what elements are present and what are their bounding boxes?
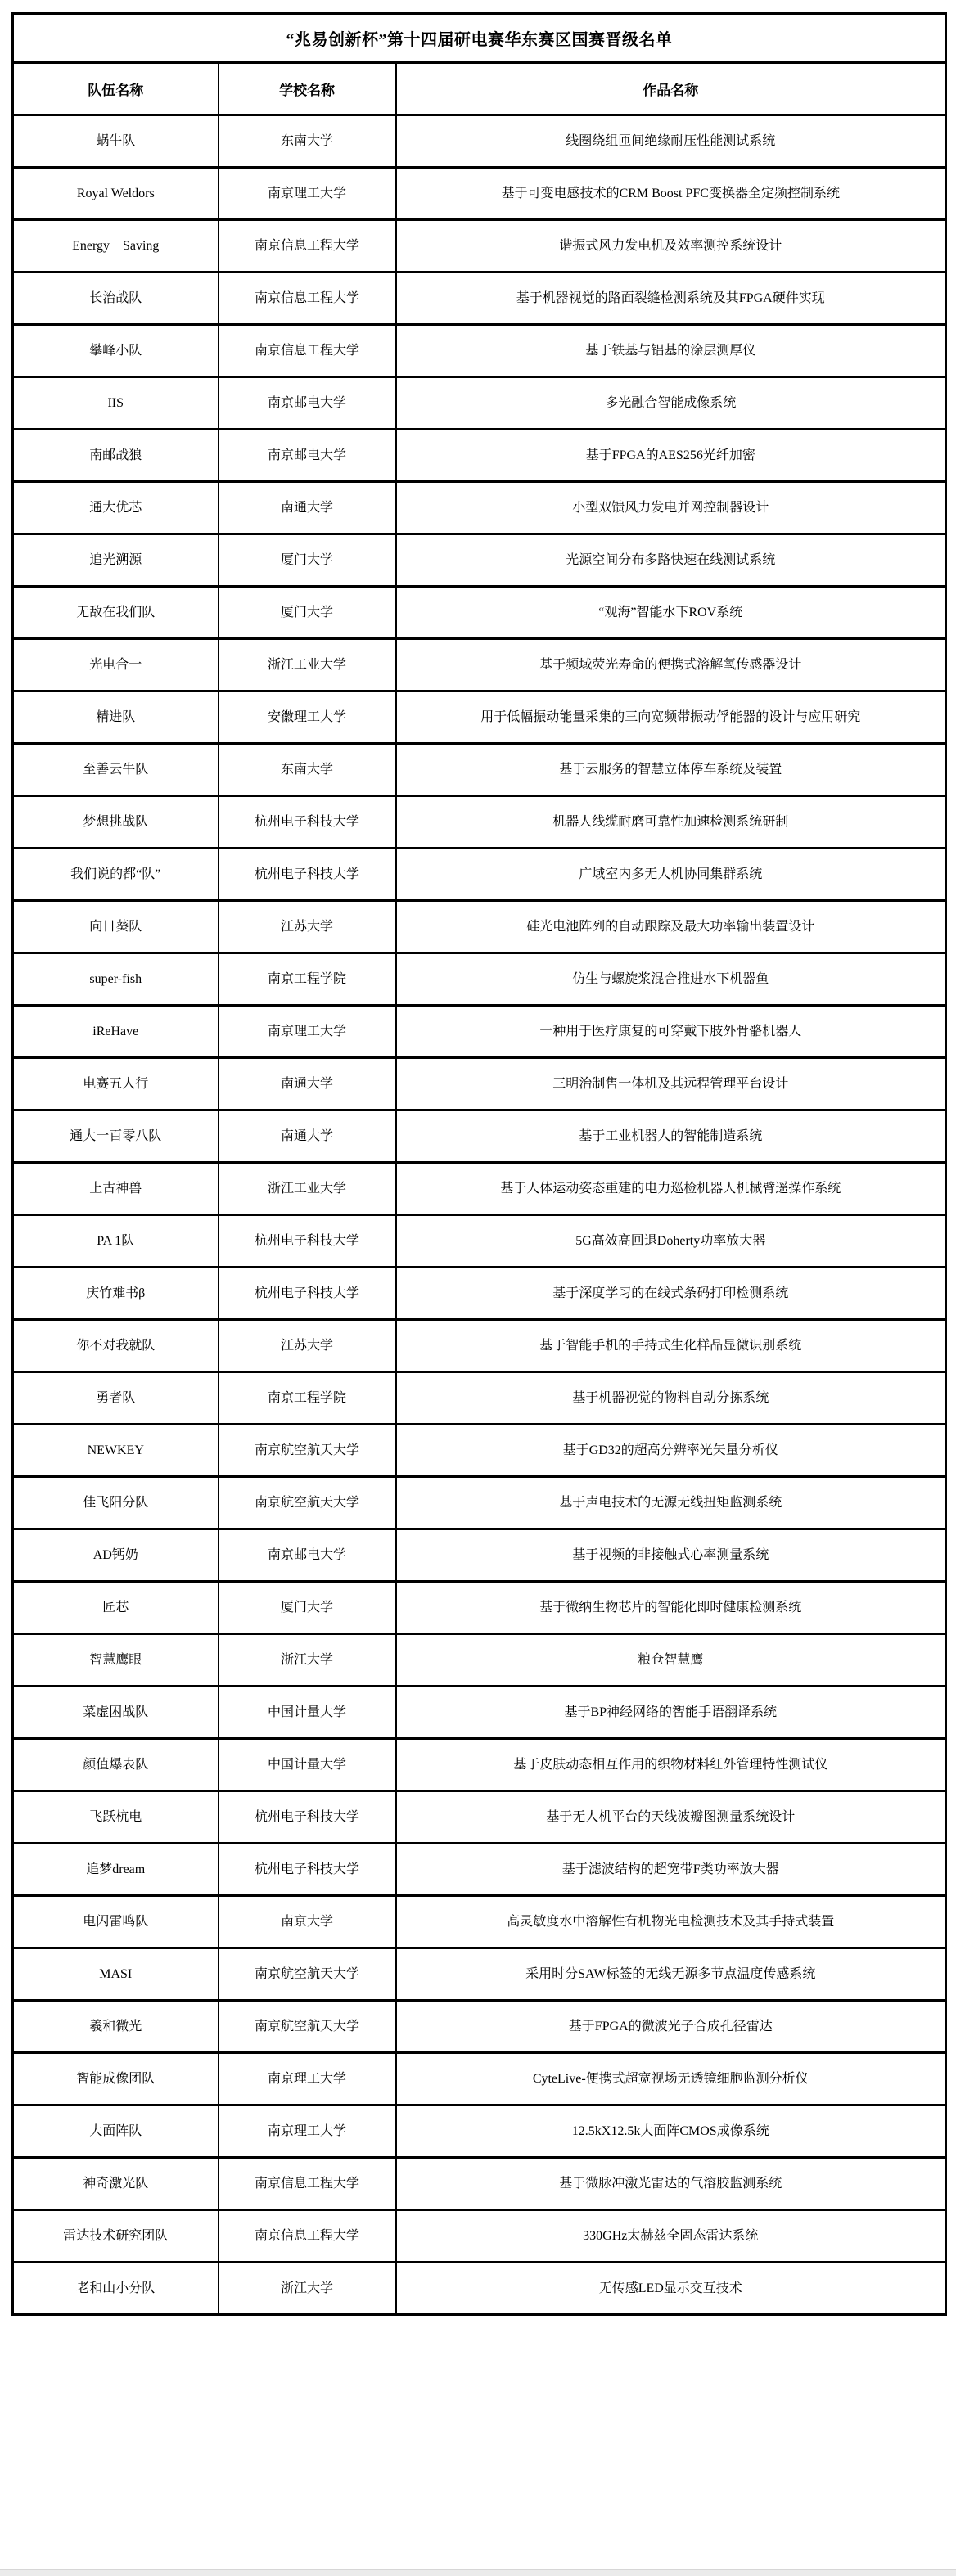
table-row: 至善云牛队东南大学基于云服务的智慧立体停车系统及装置: [13, 744, 946, 796]
team-name-cell: Energy Saving: [13, 220, 219, 272]
school-name-cell: 南京信息工程大学: [219, 2210, 396, 2263]
school-name-cell: 东南大学: [219, 115, 396, 168]
school-name-cell: 南京航空航天大学: [219, 2001, 396, 2053]
school-name-cell: 南京工程学院: [219, 1372, 396, 1425]
team-name-cell: 南邮战狼: [13, 430, 219, 482]
project-name-cell: 基于微纳生物芯片的智能化即时健康检测系统: [396, 1582, 946, 1634]
school-name-cell: 南京大学: [219, 1896, 396, 1948]
team-name-cell: 颜值爆表队: [13, 1739, 219, 1791]
school-name-cell: 南京邮电大学: [219, 377, 396, 430]
table-row: iReHave南京理工大学一种用于医疗康复的可穿戴下肢外骨骼机器人: [13, 1006, 946, 1058]
table-row: 蜗牛队东南大学线圈绕组匝间绝缘耐压性能测试系统: [13, 115, 946, 168]
school-name-cell: 杭州电子科技大学: [219, 849, 396, 901]
team-name-cell: 向日葵队: [13, 901, 219, 953]
team-name-cell: 勇者队: [13, 1372, 219, 1425]
project-name-cell: 机器人线缆耐磨可靠性加速检测系统研制: [396, 796, 946, 849]
school-name-cell: 厦门大学: [219, 587, 396, 639]
school-name-cell: 南通大学: [219, 1110, 396, 1163]
table-row: 通大优芯南通大学小型双馈风力发电并网控制器设计: [13, 482, 946, 534]
promotion-roster-table: “兆易创新杯”第十四届研电赛华东赛区国赛晋级名单 队伍名称学校名称作品名称 蜗牛…: [11, 12, 947, 2316]
project-name-cell: 基于微脉冲激光雷达的气溶胶监测系统: [396, 2158, 946, 2210]
table-row: 庆竹难书β杭州电子科技大学基于深度学习的在线式条码打印检测系统: [13, 1268, 946, 1320]
table-row: 精进队安徽理工大学用于低幅振动能量采集的三向宽频带振动俘能器的设计与应用研究: [13, 691, 946, 744]
team-name-cell: 羲和微光: [13, 2001, 219, 2053]
table-row: 飞跃杭电杭州电子科技大学基于无人机平台的天线波瓣图测量系统设计: [13, 1791, 946, 1844]
team-name-cell: NEWKEY: [13, 1425, 219, 1477]
table-row: 匠芯厦门大学基于微纳生物芯片的智能化即时健康检测系统: [13, 1582, 946, 1634]
table-row: 勇者队南京工程学院基于机器视觉的物料自动分拣系统: [13, 1372, 946, 1425]
team-name-cell: 通大一百零八队: [13, 1110, 219, 1163]
team-name-cell: 通大优芯: [13, 482, 219, 534]
project-name-cell: 基于GD32的超高分辨率光矢量分析仪: [396, 1425, 946, 1477]
team-name-cell: 光电合一: [13, 639, 219, 691]
column-header-row: 队伍名称学校名称作品名称: [13, 63, 946, 115]
team-name-cell: 大面阵队: [13, 2105, 219, 2158]
school-name-cell: 杭州电子科技大学: [219, 796, 396, 849]
team-name-cell: 匠芯: [13, 1582, 219, 1634]
school-name-cell: 中国计量大学: [219, 1739, 396, 1791]
table-body: 蜗牛队东南大学线圈绕组匝间绝缘耐压性能测试系统Royal Weldors南京理工…: [13, 115, 946, 2315]
column-header-project: 作品名称: [396, 63, 946, 115]
project-name-cell: 基于铁基与铝基的涂层测厚仪: [396, 325, 946, 377]
team-name-cell: AD钙奶: [13, 1529, 219, 1582]
school-name-cell: 南京工程学院: [219, 953, 396, 1006]
school-name-cell: 南京航空航天大学: [219, 1948, 396, 2001]
team-name-cell: 雷达技术研究团队: [13, 2210, 219, 2263]
table-row: 向日葵队江苏大学硅光电池阵列的自动跟踪及最大功率输出装置设计: [13, 901, 946, 953]
table-row: 无敌在我们队厦门大学“观海”智能水下ROV系统: [13, 587, 946, 639]
project-name-cell: 高灵敏度水中溶解性有机物光电检测技术及其手持式装置: [396, 1896, 946, 1948]
project-name-cell: 基于人体运动姿态重建的电力巡检机器人机械臂遥操作系统: [396, 1163, 946, 1215]
school-name-cell: 中国计量大学: [219, 1687, 396, 1739]
table-row: PA 1队杭州电子科技大学5G高效高回退Doherty功率放大器: [13, 1215, 946, 1268]
school-name-cell: 南京理工大学: [219, 2053, 396, 2105]
table-row: 神奇激光队南京信息工程大学基于微脉冲激光雷达的气溶胶监测系统: [13, 2158, 946, 2210]
school-name-cell: 南京信息工程大学: [219, 325, 396, 377]
team-name-cell: 至善云牛队: [13, 744, 219, 796]
school-name-cell: 浙江大学: [219, 2263, 396, 2315]
table-row: super-fish南京工程学院仿生与螺旋浆混合推进水下机器鱼: [13, 953, 946, 1006]
project-name-cell: 基于FPGA的AES256光纤加密: [396, 430, 946, 482]
school-name-cell: 杭州电子科技大学: [219, 1791, 396, 1844]
school-name-cell: 浙江工业大学: [219, 1163, 396, 1215]
team-name-cell: 电赛五人行: [13, 1058, 219, 1110]
team-name-cell: 庆竹难书β: [13, 1268, 219, 1320]
project-name-cell: 330GHz太赫兹全固态雷达系统: [396, 2210, 946, 2263]
table-row: IIS南京邮电大学多光融合智能成像系统: [13, 377, 946, 430]
column-header-school: 学校名称: [219, 63, 396, 115]
table-row: 攀峰小队南京信息工程大学基于铁基与铝基的涂层测厚仪: [13, 325, 946, 377]
school-name-cell: 南通大学: [219, 1058, 396, 1110]
table-row: 智能成像团队南京理工大学CyteLive-便携式超宽视场无透镜细胞监测分析仪: [13, 2053, 946, 2105]
school-name-cell: 南京信息工程大学: [219, 220, 396, 272]
column-header-team: 队伍名称: [13, 63, 219, 115]
team-name-cell: 老和山小分队: [13, 2263, 219, 2315]
team-name-cell: super-fish: [13, 953, 219, 1006]
table-row: 雷达技术研究团队南京信息工程大学330GHz太赫兹全固态雷达系统: [13, 2210, 946, 2263]
project-name-cell: 三明治制售一体机及其远程管理平台设计: [396, 1058, 946, 1110]
school-name-cell: 江苏大学: [219, 901, 396, 953]
project-name-cell: “观海”智能水下ROV系统: [396, 587, 946, 639]
table-row: 通大一百零八队南通大学基于工业机器人的智能制造系统: [13, 1110, 946, 1163]
project-name-cell: 粮仓智慧鹰: [396, 1634, 946, 1687]
team-name-cell: Royal Weldors: [13, 168, 219, 220]
table-row: 长治战队南京信息工程大学基于机器视觉的路面裂缝检测系统及其FPGA硬件实现: [13, 272, 946, 325]
team-name-cell: 精进队: [13, 691, 219, 744]
team-name-cell: 智慧鹰眼: [13, 1634, 219, 1687]
team-name-cell: 上古神兽: [13, 1163, 219, 1215]
project-name-cell: 基于滤波结构的超宽带F类功率放大器: [396, 1844, 946, 1896]
school-name-cell: 南通大学: [219, 482, 396, 534]
school-name-cell: 南京理工大学: [219, 168, 396, 220]
table-row: 佳飞阳分队南京航空航天大学基于声电技术的无源无线扭矩监测系统: [13, 1477, 946, 1529]
school-name-cell: 杭州电子科技大学: [219, 1268, 396, 1320]
project-name-cell: 采用时分SAW标签的无线无源多节点温度传感系统: [396, 1948, 946, 2001]
school-name-cell: 南京邮电大学: [219, 1529, 396, 1582]
project-name-cell: 基于皮肤动态相互作用的织物材料红外管理特性测试仪: [396, 1739, 946, 1791]
team-name-cell: 你不对我就队: [13, 1320, 219, 1372]
project-name-cell: 无传感LED显示交互技术: [396, 2263, 946, 2315]
school-name-cell: 安徽理工大学: [219, 691, 396, 744]
project-name-cell: 基于声电技术的无源无线扭矩监测系统: [396, 1477, 946, 1529]
table-row: 羲和微光南京航空航天大学基于FPGA的微波光子合成孔径雷达: [13, 2001, 946, 2053]
school-name-cell: 浙江大学: [219, 1634, 396, 1687]
team-name-cell: 追梦dream: [13, 1844, 219, 1896]
table-title: “兆易创新杯”第十四届研电赛华东赛区国赛晋级名单: [13, 14, 946, 63]
school-name-cell: 浙江工业大学: [219, 639, 396, 691]
team-name-cell: 攀峰小队: [13, 325, 219, 377]
project-name-cell: 基于无人机平台的天线波瓣图测量系统设计: [396, 1791, 946, 1844]
project-name-cell: 谐振式风力发电机及效率测控系统设计: [396, 220, 946, 272]
team-name-cell: MASI: [13, 1948, 219, 2001]
project-name-cell: 广域室内多无人机协同集群系统: [396, 849, 946, 901]
team-name-cell: 佳飞阳分队: [13, 1477, 219, 1529]
team-name-cell: 神奇激光队: [13, 2158, 219, 2210]
school-name-cell: 南京信息工程大学: [219, 272, 396, 325]
project-name-cell: 基于机器视觉的物料自动分拣系统: [396, 1372, 946, 1425]
project-name-cell: CyteLive-便携式超宽视场无透镜细胞监测分析仪: [396, 2053, 946, 2105]
school-name-cell: 杭州电子科技大学: [219, 1844, 396, 1896]
team-name-cell: 我们说的都“队”: [13, 849, 219, 901]
project-name-cell: 基于FPGA的微波光子合成孔径雷达: [396, 2001, 946, 2053]
project-name-cell: 硅光电池阵列的自动跟踪及最大功率输出装置设计: [396, 901, 946, 953]
table-row: 你不对我就队江苏大学基于智能手机的手持式生化样品显微识别系统: [13, 1320, 946, 1372]
project-name-cell: 一种用于医疗康复的可穿戴下肢外骨骼机器人: [396, 1006, 946, 1058]
table-row: 菜虚困战队中国计量大学基于BP神经网络的智能手语翻译系统: [13, 1687, 946, 1739]
team-name-cell: 长治战队: [13, 272, 219, 325]
table-row: 追光溯源厦门大学光源空间分布多路快速在线测试系统: [13, 534, 946, 587]
table-row: 我们说的都“队”杭州电子科技大学广域室内多无人机协同集群系统: [13, 849, 946, 901]
school-name-cell: 东南大学: [219, 744, 396, 796]
project-name-cell: 线圈绕组匝间绝缘耐压性能测试系统: [396, 115, 946, 168]
table-row: 追梦dream杭州电子科技大学基于滤波结构的超宽带F类功率放大器: [13, 1844, 946, 1896]
team-name-cell: 蜗牛队: [13, 115, 219, 168]
table-row: 上古神兽浙江工业大学基于人体运动姿态重建的电力巡检机器人机械臂遥操作系统: [13, 1163, 946, 1215]
table-row: MASI南京航空航天大学采用时分SAW标签的无线无源多节点温度传感系统: [13, 1948, 946, 2001]
team-name-cell: 智能成像团队: [13, 2053, 219, 2105]
school-name-cell: 南京信息工程大学: [219, 2158, 396, 2210]
table-row: Energy Saving南京信息工程大学谐振式风力发电机及效率测控系统设计: [13, 220, 946, 272]
project-name-cell: 基于视频的非接触式心率测量系统: [396, 1529, 946, 1582]
team-name-cell: 飞跃杭电: [13, 1791, 219, 1844]
project-name-cell: 基于BP神经网络的智能手语翻译系统: [396, 1687, 946, 1739]
document-page: “兆易创新杯”第十四届研电赛华东赛区国赛晋级名单 队伍名称学校名称作品名称 蜗牛…: [0, 0, 956, 2576]
table-row: 南邮战狼南京邮电大学基于FPGA的AES256光纤加密: [13, 430, 946, 482]
project-name-cell: 基于工业机器人的智能制造系统: [396, 1110, 946, 1163]
title-row: “兆易创新杯”第十四届研电赛华东赛区国赛晋级名单: [13, 14, 946, 63]
team-name-cell: 无敌在我们队: [13, 587, 219, 639]
horizontal-scrollbar-track[interactable]: [0, 2569, 956, 2576]
project-name-cell: 5G高效高回退Doherty功率放大器: [396, 1215, 946, 1268]
project-name-cell: 基于深度学习的在线式条码打印检测系统: [396, 1268, 946, 1320]
project-name-cell: 基于智能手机的手持式生化样品显微识别系统: [396, 1320, 946, 1372]
team-name-cell: PA 1队: [13, 1215, 219, 1268]
project-name-cell: 仿生与螺旋浆混合推进水下机器鱼: [396, 953, 946, 1006]
team-name-cell: iReHave: [13, 1006, 219, 1058]
table-row: 大面阵队南京理工大学12.5kX12.5k大面阵CMOS成像系统: [13, 2105, 946, 2158]
table-row: AD钙奶南京邮电大学基于视频的非接触式心率测量系统: [13, 1529, 946, 1582]
school-name-cell: 南京理工大学: [219, 1006, 396, 1058]
table-row: 电闪雷鸣队南京大学高灵敏度水中溶解性有机物光电检测技术及其手持式装置: [13, 1896, 946, 1948]
school-name-cell: 南京理工大学: [219, 2105, 396, 2158]
project-name-cell: 基于可变电感技术的CRM Boost PFC变换器全定频控制系统: [396, 168, 946, 220]
table-row: 梦想挑战队杭州电子科技大学机器人线缆耐磨可靠性加速检测系统研制: [13, 796, 946, 849]
school-name-cell: 南京航空航天大学: [219, 1425, 396, 1477]
school-name-cell: 南京邮电大学: [219, 430, 396, 482]
school-name-cell: 南京航空航天大学: [219, 1477, 396, 1529]
school-name-cell: 厦门大学: [219, 1582, 396, 1634]
table-row: Royal Weldors南京理工大学基于可变电感技术的CRM Boost PF…: [13, 168, 946, 220]
team-name-cell: 追光溯源: [13, 534, 219, 587]
team-name-cell: 梦想挑战队: [13, 796, 219, 849]
table-row: 智慧鹰眼浙江大学粮仓智慧鹰: [13, 1634, 946, 1687]
school-name-cell: 江苏大学: [219, 1320, 396, 1372]
project-name-cell: 多光融合智能成像系统: [396, 377, 946, 430]
project-name-cell: 小型双馈风力发电并网控制器设计: [396, 482, 946, 534]
project-name-cell: 基于机器视觉的路面裂缝检测系统及其FPGA硬件实现: [396, 272, 946, 325]
school-name-cell: 厦门大学: [219, 534, 396, 587]
table-row: 颜值爆表队中国计量大学基于皮肤动态相互作用的织物材料红外管理特性测试仪: [13, 1739, 946, 1791]
team-name-cell: 菜虚困战队: [13, 1687, 219, 1739]
team-name-cell: IIS: [13, 377, 219, 430]
table-row: 光电合一浙江工业大学基于频域荧光寿命的便携式溶解氧传感器设计: [13, 639, 946, 691]
table-row: NEWKEY南京航空航天大学基于GD32的超高分辨率光矢量分析仪: [13, 1425, 946, 1477]
project-name-cell: 基于云服务的智慧立体停车系统及装置: [396, 744, 946, 796]
project-name-cell: 基于频域荧光寿命的便携式溶解氧传感器设计: [396, 639, 946, 691]
table-row: 电赛五人行南通大学三明治制售一体机及其远程管理平台设计: [13, 1058, 946, 1110]
school-name-cell: 杭州电子科技大学: [219, 1215, 396, 1268]
team-name-cell: 电闪雷鸣队: [13, 1896, 219, 1948]
project-name-cell: 光源空间分布多路快速在线测试系统: [396, 534, 946, 587]
project-name-cell: 用于低幅振动能量采集的三向宽频带振动俘能器的设计与应用研究: [396, 691, 946, 744]
table-row: 老和山小分队浙江大学无传感LED显示交互技术: [13, 2263, 946, 2315]
project-name-cell: 12.5kX12.5k大面阵CMOS成像系统: [396, 2105, 946, 2158]
